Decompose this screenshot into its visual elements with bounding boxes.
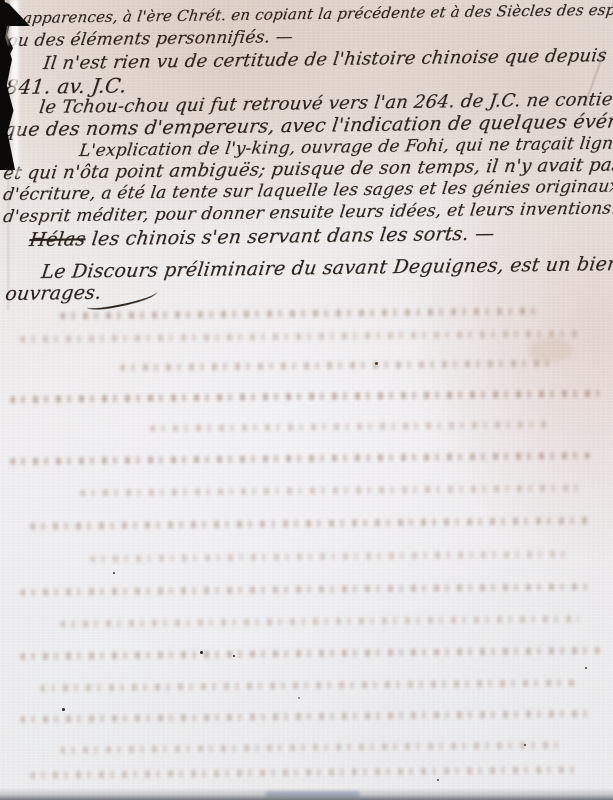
bleed-through-line xyxy=(60,615,580,627)
bleed-through-line xyxy=(40,679,580,692)
handwritten-segment: Le Discours préliminaire du savant Degui… xyxy=(40,252,613,283)
handwritten-segment: les chinois s'en servant dans les sorts.… xyxy=(84,223,496,251)
manuscript-page: apparences, à l'ère Chrét. en copiant la… xyxy=(0,0,613,800)
bleed-through-line xyxy=(80,484,580,496)
struck-word: Hélas xyxy=(28,228,87,251)
torn-edge-highlight xyxy=(13,0,19,176)
photograph-background: { "document": { "description": "Handwrit… xyxy=(0,0,613,800)
bleed-through-line xyxy=(30,766,580,779)
handwritten-line: Il n'est rien vu de certitude de l'histo… xyxy=(42,45,608,74)
handwritten-line: Hélas les chinois s'en servant dans les … xyxy=(28,223,496,251)
ink-speck xyxy=(62,708,65,711)
handwritten-line: apparences, à l'ère Chrét. en copiant la… xyxy=(22,0,613,27)
handwritten-line: Le Discours préliminaire du savant Degui… xyxy=(40,252,613,283)
handwritten-segment: apparences, à l'ère Chrét. en copiant la… xyxy=(22,0,613,27)
ink-speck xyxy=(233,655,235,657)
page-bottom-shadow xyxy=(0,788,613,800)
paper-stain xyxy=(528,338,574,362)
bleed-through-line xyxy=(150,421,550,432)
ink-speck xyxy=(375,362,378,365)
ink-speck xyxy=(585,667,587,669)
ink-speck xyxy=(437,779,439,781)
handwritten-line: ou des éléments personnifiés. — xyxy=(6,27,294,51)
ink-speck xyxy=(298,697,300,699)
handwritten-segment: ou des éléments personnifiés. — xyxy=(6,27,294,51)
bleed-through-line xyxy=(20,710,590,723)
bleed-through-line xyxy=(20,647,600,660)
bleed-through-line xyxy=(120,360,550,372)
ink-speck xyxy=(113,572,115,574)
bleed-through-line xyxy=(60,307,540,319)
bleed-through-line xyxy=(20,330,580,343)
bleed-through-line xyxy=(30,517,590,530)
bleed-through-line xyxy=(10,390,600,403)
bleed-through-line xyxy=(20,583,590,596)
bleed-through-line xyxy=(60,741,560,753)
ink-speck xyxy=(200,651,203,654)
handwritten-segment: Il n'est rien vu de certitude de l'histo… xyxy=(42,45,608,74)
ink-speck xyxy=(524,744,526,746)
bleed-through-line xyxy=(90,550,570,562)
bleed-through-line xyxy=(10,452,590,465)
